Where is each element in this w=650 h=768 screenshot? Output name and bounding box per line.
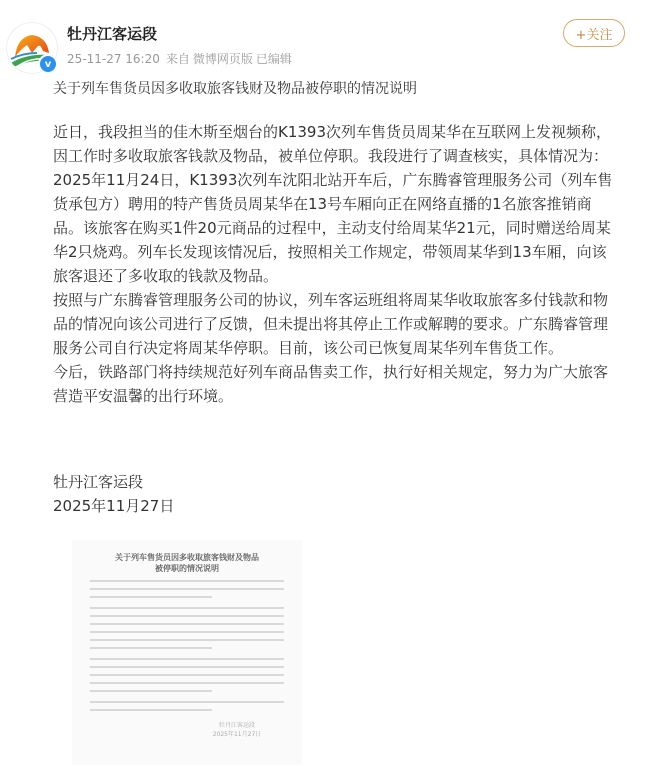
post-timestamp[interactable]: 25-11-27 16:20 bbox=[67, 52, 160, 66]
signature-org: 牡丹江客运段 bbox=[53, 470, 174, 494]
doc-signature: 牡丹江客运段 2025年11月27日 bbox=[172, 721, 302, 739]
follow-button[interactable]: +关注 bbox=[563, 19, 625, 47]
attached-document-image[interactable]: 关于列车售货员因多收取旅客钱财及物品 被停职的情况说明 牡丹江客运段 2025年… bbox=[72, 540, 302, 765]
doc-sign-date: 2025年11月27日 bbox=[172, 730, 302, 739]
paragraph: 今后，铁路部门将持续规范好列车商品售卖工作，执行好相关规定，努力为广大旅客营造平… bbox=[53, 360, 613, 408]
doc-sign-org: 牡丹江客运段 bbox=[172, 721, 302, 730]
doc-title: 关于列车售货员因多收取旅客钱财及物品 被停职的情况说明 bbox=[72, 552, 302, 574]
doc-title-line1: 关于列车售货员因多收取旅客钱财及物品 bbox=[72, 552, 302, 563]
post-title: 关于列车售货员因多收取旅客钱财及物品被停职的情况说明 bbox=[53, 78, 417, 98]
doc-body bbox=[72, 580, 302, 711]
source-prefix: 来自 bbox=[166, 52, 190, 66]
post-source: 微博网页版 bbox=[193, 52, 253, 66]
paragraph: 2025年11月24日，K1393次列车沈阳北站开车后，广东腾睿管理服务公司（列… bbox=[53, 168, 613, 288]
edited-label[interactable]: 已编辑 bbox=[256, 52, 292, 66]
signature: 牡丹江客运段 2025年11月27日 bbox=[53, 470, 174, 518]
signature-date: 2025年11月27日 bbox=[53, 494, 174, 518]
paragraph: 按照与广东腾睿管理服务公司的协议，列车客运班组将周某华收取旅客多付钱款和物品的情… bbox=[53, 288, 613, 360]
post-content: 近日，我段担当的佳木斯至烟台的K1393次列车售货员周某华在互联网上发视频称，因… bbox=[53, 120, 613, 408]
paragraph: 近日，我段担当的佳木斯至烟台的K1393次列车售货员周某华在互联网上发视频称，因… bbox=[53, 120, 613, 168]
doc-title-line2: 被停职的情况说明 bbox=[72, 563, 302, 574]
author-name[interactable]: 牡丹江客运段 bbox=[67, 23, 157, 44]
post-meta: 25-11-27 16:20来自微博网页版已编辑 bbox=[67, 50, 298, 67]
verified-v-icon: v bbox=[38, 54, 58, 74]
